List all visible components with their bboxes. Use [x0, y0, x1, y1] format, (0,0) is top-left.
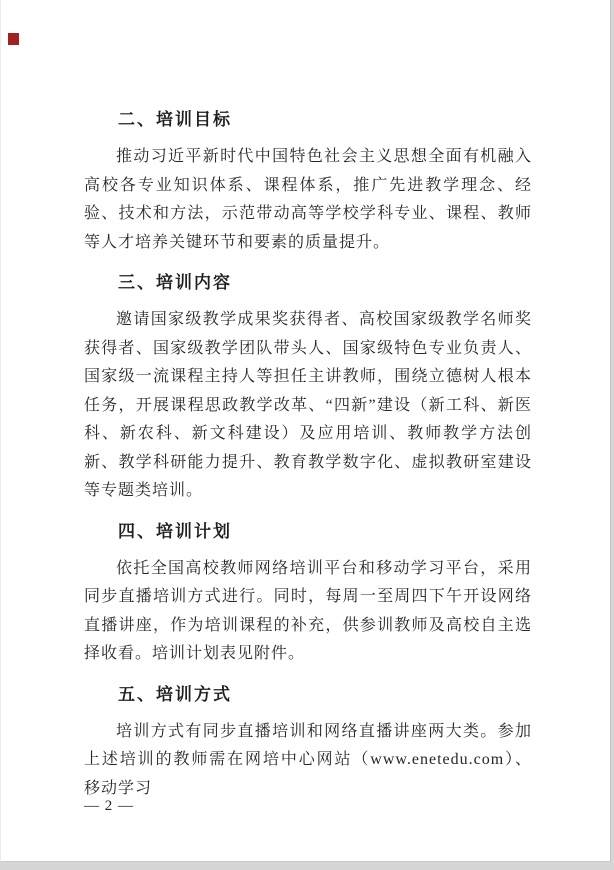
section-heading: 五、培训方式 [84, 683, 532, 707]
section-paragraph: 邀请国家级教学成果奖获得者、高校国家级教学名师奖获得者、国家级教学团队带头人、国… [84, 306, 532, 506]
document-page: 二、培训目标 推动习近平新时代中国特色社会主义思想全面有机融入高校各专业知识体系… [0, 0, 611, 862]
section-training-content: 三、培训内容 邀请国家级教学成果奖获得者、高校国家级教学名师奖获得者、国家级教学… [84, 271, 532, 506]
section-heading: 四、培训计划 [84, 520, 532, 544]
section-paragraph: 推动习近平新时代中国特色社会主义思想全面有机融入高校各专业知识体系、课程体系，推… [84, 143, 532, 257]
section-training-goals: 二、培训目标 推动习近平新时代中国特色社会主义思想全面有机融入高校各专业知识体系… [84, 108, 532, 257]
document-viewport: 二、培训目标 推动习近平新时代中国特色社会主义思想全面有机融入高校各专业知识体系… [0, 0, 614, 870]
section-training-plan: 四、培训计划 依托全国高校教师网络培训平台和移动学习平台，采用同步直播培训方式进… [84, 520, 532, 669]
red-stamp-mark [8, 33, 19, 45]
section-paragraph: 培训方式有同步直播培训和网络直播讲座两大类。参加上述培训的教师需在网培中心网站（… [84, 718, 532, 804]
section-paragraph: 依托全国高校教师网络培训平台和移动学习平台，采用同步直播培训方式进行。同时，每周… [84, 555, 532, 669]
section-heading: 三、培训内容 [84, 271, 532, 295]
page-number: — 2 — [84, 798, 134, 815]
section-heading: 二、培训目标 [84, 108, 532, 132]
document-body: 二、培训目标 推动习近平新时代中国特色社会主义思想全面有机融入高校各专业知识体系… [84, 108, 532, 817]
section-training-method: 五、培训方式 培训方式有同步直播培训和网络直播讲座两大类。参加上述培训的教师需在… [84, 683, 532, 804]
